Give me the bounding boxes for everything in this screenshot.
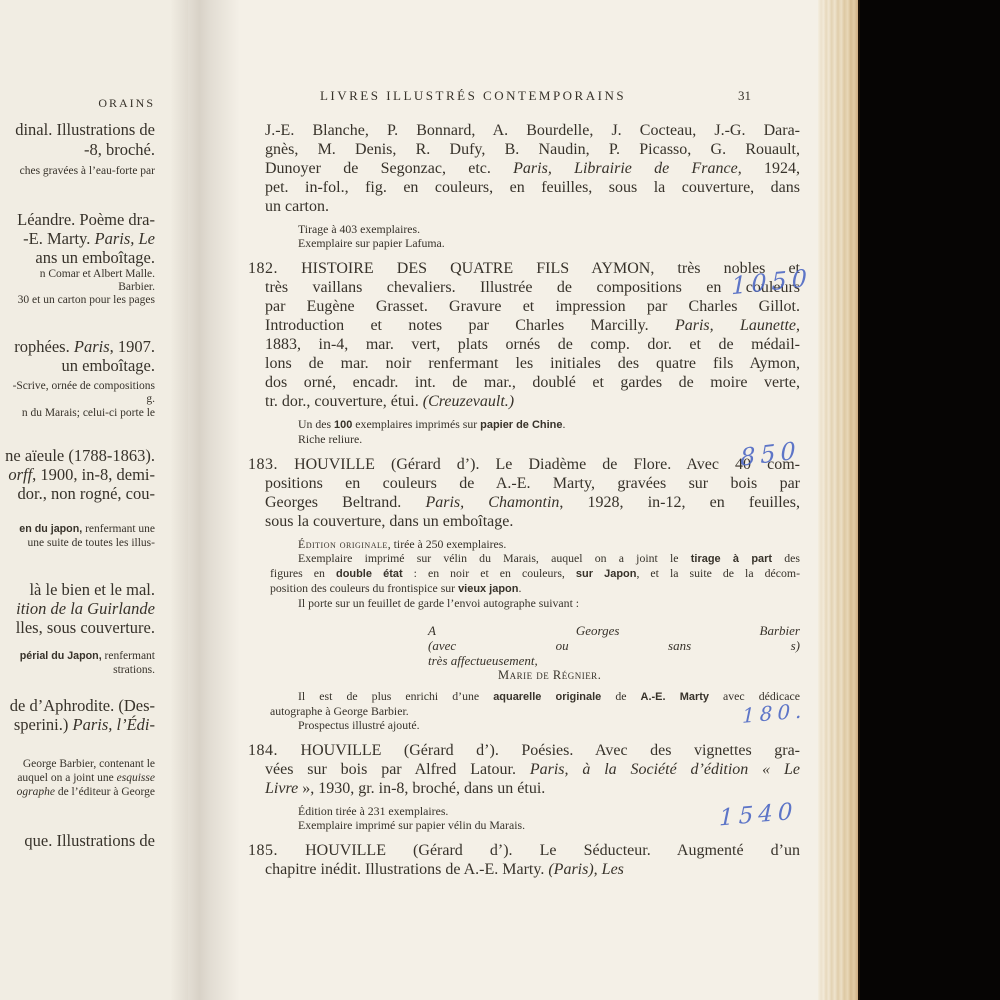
text-line: autographe à George Barbier. xyxy=(270,704,800,718)
left-page-text-fragment: sperini.) Paris, l’Édi- xyxy=(14,717,155,734)
text-line: vées sur bois par Alfred Latour. Paris, … xyxy=(265,760,800,779)
left-page-text-fragment: -8, broché. xyxy=(84,142,155,159)
stacked-page-edges xyxy=(818,0,860,1000)
entry-number: 185. xyxy=(248,842,278,859)
running-header-title: LIVRES ILLUSTRÉS CONTEMPORAINS xyxy=(298,88,648,104)
note-paragraph: Tirage à 403 exemplaires. xyxy=(270,222,800,236)
note-paragraph: Il porte sur un feuillet de garde l’envo… xyxy=(270,596,800,610)
text-line: Édition originale, tirée à 250 exemplair… xyxy=(270,537,800,551)
text-line: pet. in-fol., fig. en couleurs, en feuil… xyxy=(265,178,800,197)
left-page-text-fragment: Léandre. Poème dra- xyxy=(17,212,155,229)
text-line: chapitre inédit. Illustrations de A.-E. … xyxy=(265,860,800,879)
note-paragraph: Édition originale, tirée à 250 exemplair… xyxy=(270,537,800,551)
left-page-text-fragment: ans un emboîtage. xyxy=(35,250,155,267)
autograph-quote: A Georges Barbier(avec ou sans s)très af… xyxy=(428,623,800,683)
text-line: un carton. xyxy=(265,197,800,216)
left-page-text-fragment: en du japon, renfermant une xyxy=(19,524,155,536)
left-page-text-fragment: rophées. Paris, 1907. xyxy=(14,339,155,356)
text-line: Georges Beltrand. Paris, Chamontin, 1928… xyxy=(265,493,800,512)
left-page-text-fragment: une suite de toutes les illus- xyxy=(28,538,155,550)
text-line: 184. HOUVILLE (Gérard d’). Poésies. Avec… xyxy=(265,741,800,760)
left-page-text-fragment: que. Illustrations de xyxy=(24,833,155,850)
gutter-shadow xyxy=(170,0,240,1000)
text-line: (avec ou sans s) xyxy=(428,638,800,653)
left-page-text-fragment: un emboîtage. xyxy=(62,358,155,375)
text-line: Exemplaire imprimé sur papier vélin du M… xyxy=(270,818,800,832)
continuation-paragraph: J.-E. Blanche, P. Bonnard, A. Bourdelle,… xyxy=(265,121,800,216)
left-page-text-fragment: auquel on a joint une esquisse xyxy=(17,773,155,785)
left-page-text-fragment: n du Marais; celui-ci porte le xyxy=(22,408,155,420)
entry-number: 183. xyxy=(248,456,278,473)
left-page-text-fragment: dor., non rogné, cou- xyxy=(18,486,155,503)
text-line: 183. HOUVILLE (Gérard d’). Le Diadème de… xyxy=(265,455,800,474)
note-paragraph: Prospectus illustré ajouté. xyxy=(270,718,800,732)
catalog-entry: 185. HOUVILLE (Gérard d’). Le Séducteur.… xyxy=(265,841,800,879)
left-page-text-fragment: ographe de l’éditeur à George xyxy=(17,787,155,799)
bibliographic-notes: Édition originale, tirée à 250 exemplair… xyxy=(270,537,800,610)
text-line: par Eugène Grasset. Gravure et impressio… xyxy=(265,297,800,316)
left-page-text-fragment: ORAINS xyxy=(98,97,155,109)
text-line: A Georges Barbier xyxy=(428,623,800,638)
bibliographic-notes: Il est de plus enrichi d’une aquarelle o… xyxy=(270,689,800,732)
note-paragraph: Exemplaire imprimé sur vélin du Marais, … xyxy=(270,551,800,596)
left-page-text-fragment: 30 et un carton pour les pages xyxy=(18,295,155,307)
text-line: sous la couverture, dans un emboîtage. xyxy=(265,512,800,531)
left-page-text-fragment: strations. xyxy=(113,665,155,677)
running-header: LIVRES ILLUSTRÉS CONTEMPORAINS 31 xyxy=(248,88,800,106)
open-book: ORAINSdinal. Illustrations de-8, broché.… xyxy=(0,0,858,1000)
left-page-text-fragment: orff, 1900, in-8, demi- xyxy=(8,467,155,484)
text-line: Exemplaire imprimé sur vélin du Marais, … xyxy=(270,551,800,566)
book-photo: ORAINSdinal. Illustrations de-8, broché.… xyxy=(0,0,1000,1000)
note-paragraph: Il est de plus enrichi d’une aquarelle o… xyxy=(270,689,800,718)
text-line: très vaillans chevaliers. Illustrée de c… xyxy=(265,278,800,297)
bibliographic-notes: Un des 100 exemplaires imprimés sur papi… xyxy=(270,417,800,446)
note-paragraph: Exemplaire sur papier Lafuma. xyxy=(270,236,800,250)
note-paragraph: Édition tirée à 231 exemplaires. xyxy=(270,804,800,818)
quote-signature: Marie de Régnier. xyxy=(428,668,800,683)
note-paragraph: Riche reliure. xyxy=(270,432,800,446)
left-page-text-fragment: ne aïeule (1788-1863). xyxy=(5,448,155,465)
text-line: Introduction et notes par Charles Marcil… xyxy=(265,316,800,335)
left-page-text-fragment: Barbier. xyxy=(118,282,155,294)
text-line: Livre », 1930, gr. in-8, broché, dans un… xyxy=(265,779,800,798)
text-line: Il porte sur un feuillet de garde l’envo… xyxy=(270,596,800,610)
text-line: position des couleurs du frontispice sur… xyxy=(270,581,800,596)
text-line: 1883, in-4, mar. vert, plats ornés de co… xyxy=(265,335,800,354)
entry-number: 184. xyxy=(248,742,278,759)
entry-number: 182. xyxy=(248,260,278,277)
left-page-text-fragment: ches gravées à l’eau-forte par xyxy=(20,166,155,178)
text-line: très affectueusement, xyxy=(428,653,800,668)
left-page-text-fragment: -Scrive, ornée de compositions xyxy=(13,381,155,393)
text-line: Exemplaire sur papier Lafuma. xyxy=(270,236,800,250)
left-page-text-fragment: -E. Marty. Paris, Le xyxy=(23,231,155,248)
text-line: Riche reliure. xyxy=(270,432,800,446)
left-page-text-fragment: là le bien et le mal. xyxy=(29,582,155,599)
text-line: Tirage à 403 exemplaires. xyxy=(270,222,800,236)
text-line: J.-E. Blanche, P. Bonnard, A. Bourdelle,… xyxy=(265,121,800,140)
bibliographic-notes: Édition tirée à 231 exemplaires.Exemplai… xyxy=(270,804,800,832)
catalog-entry: 184. HOUVILLE (Gérard d’). Poésies. Avec… xyxy=(265,741,800,798)
page-number: 31 xyxy=(738,88,751,104)
left-page-text-fragment: g. xyxy=(146,394,155,406)
text-line: positions en couleurs de A.-E. Marty, gr… xyxy=(265,474,800,493)
text-line: 182. HISTOIRE DES QUATRE FILS AYMON, trè… xyxy=(265,259,800,278)
right-page-flow: LIVRES ILLUSTRÉS CONTEMPORAINS 31 J.-E. … xyxy=(248,88,800,879)
left-page-text-fragment: dinal. Illustrations de xyxy=(15,122,155,139)
text-line: Un des 100 exemplaires imprimés sur papi… xyxy=(270,417,800,432)
note-paragraph: Un des 100 exemplaires imprimés sur papi… xyxy=(270,417,800,432)
left-page: ORAINSdinal. Illustrations de-8, broché.… xyxy=(0,0,188,1000)
left-page-text-fragment: lles, sous couverture. xyxy=(16,620,155,637)
text-line: Édition tirée à 231 exemplaires. xyxy=(270,804,800,818)
catalog-entry: 182. HISTOIRE DES QUATRE FILS AYMON, trè… xyxy=(265,259,800,411)
catalog-entry: 183. HOUVILLE (Gérard d’). Le Diadème de… xyxy=(265,455,800,531)
text-line: gnès, M. Denis, R. Dufy, B. Naudin, P. P… xyxy=(265,140,800,159)
left-page-text-fragment: n Comar et Albert Malle. xyxy=(40,269,155,281)
bibliographic-notes: Tirage à 403 exemplaires.Exemplaire sur … xyxy=(270,222,800,250)
left-page-text-fragment: périal du Japon, renfermant xyxy=(20,651,155,663)
note-paragraph: Exemplaire imprimé sur papier vélin du M… xyxy=(270,818,800,832)
text-line: Il est de plus enrichi d’une aquarelle o… xyxy=(270,689,800,704)
text-line: figures en double état : en noir et en c… xyxy=(270,566,800,581)
left-page-fragments: ORAINSdinal. Illustrations de-8, broché.… xyxy=(0,0,160,1000)
left-page-text-fragment: de d’Aphrodite. (Des- xyxy=(10,698,155,715)
text-line: Dunoyer de Segonzac, etc. Paris, Librair… xyxy=(265,159,800,178)
text-line: dos orné, encadr. int. de mar., doublé e… xyxy=(265,373,800,392)
left-page-text-fragment: ition de la Guirlande xyxy=(16,601,155,618)
text-line: Prospectus illustré ajouté. xyxy=(270,718,800,732)
text-line: lons de mar. noir renfermant les initial… xyxy=(265,354,800,373)
text-line: 185. HOUVILLE (Gérard d’). Le Séducteur.… xyxy=(265,841,800,860)
text-line: tr. dor., couverture, étui. (Creuzevault… xyxy=(265,392,800,411)
left-page-text-fragment: George Barbier, contenant le xyxy=(23,759,155,771)
